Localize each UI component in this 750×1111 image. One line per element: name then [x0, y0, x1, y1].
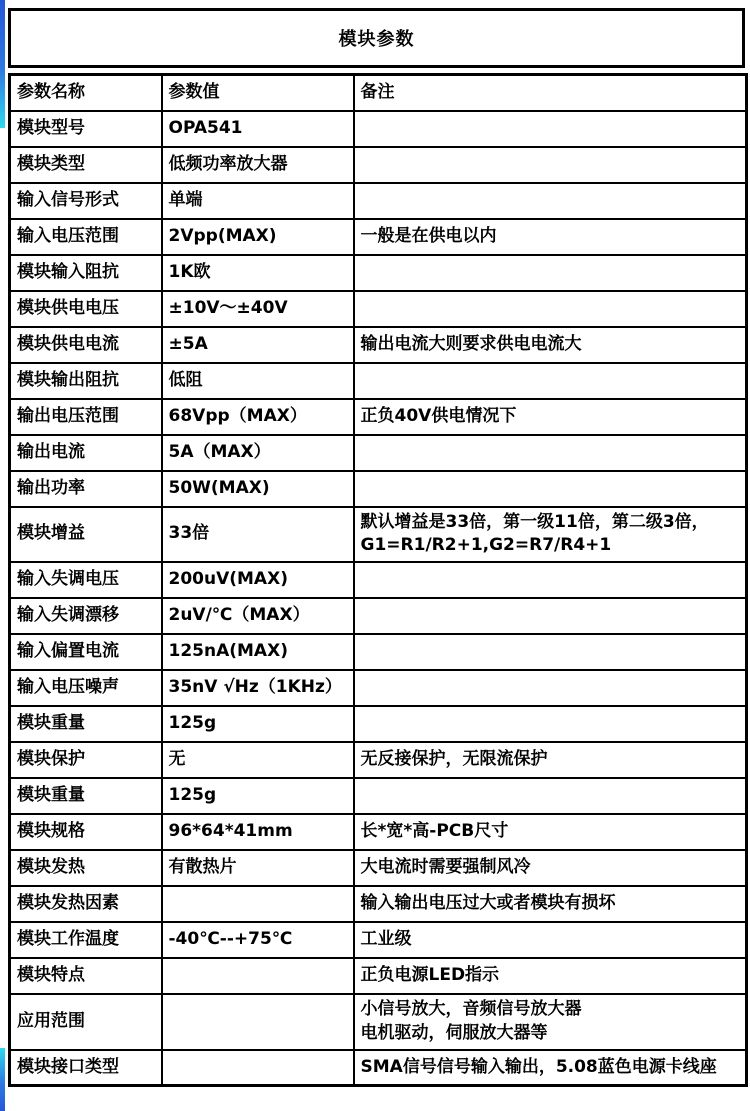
table-row: 输入失调电压 200uV(MAX) — [10, 562, 747, 598]
param-name-cell: 输入电压范围 — [10, 219, 162, 255]
param-value-cell: 33倍 — [162, 507, 354, 563]
table-row: 模块供电电压 ±10V～±40V — [10, 291, 747, 327]
param-note-cell — [354, 634, 747, 670]
param-name-cell: 模块供电电压 — [10, 291, 162, 327]
table-row: 模块保护 无 无反接保护，无限流保护 — [10, 742, 747, 778]
table-row: 模块类型 低频功率放大器 — [10, 147, 747, 183]
param-name-cell: 应用范围 — [10, 994, 162, 1050]
param-value-cell: 35nV √Hz（1KHz） — [162, 670, 354, 706]
param-name-cell: 模块重量 — [10, 778, 162, 814]
param-note-cell — [354, 435, 747, 471]
param-note-cell — [354, 111, 747, 147]
param-value-cell: 68Vpp（MAX） — [162, 399, 354, 435]
param-note-cell — [354, 562, 747, 598]
param-name-cell: 模块型号 — [10, 111, 162, 147]
param-note-cell: 一般是在供电以内 — [354, 219, 747, 255]
param-value-cell: 96*64*41mm — [162, 814, 354, 850]
param-value-cell: 200uV(MAX) — [162, 562, 354, 598]
table-row: 模块供电电流 ±5A 输出电流大则要求供电电流大 — [10, 327, 747, 363]
table-row: 模块增益 33倍 默认增益是33倍，第一级11倍，第二级3倍，G1=R1/R2+… — [10, 507, 747, 563]
table-body: 模块型号 OPA541 模块类型 低频功率放大器 输入信号形式 单端 — [10, 111, 747, 1086]
param-name-cell: 模块发热因素 — [10, 886, 162, 922]
param-name-cell: 输入失调电压 — [10, 562, 162, 598]
left-accent-stripe-top — [0, 0, 5, 128]
param-name-cell: 输入失调漂移 — [10, 598, 162, 634]
table-row: 模块输入阻抗 1K欧 — [10, 255, 747, 291]
param-note-cell — [354, 183, 747, 219]
param-value-cell: 5A（MAX） — [162, 435, 354, 471]
table-row: 模块输出阻抗 低阻 — [10, 363, 747, 399]
param-name-cell: 输出功率 — [10, 471, 162, 507]
param-note-cell — [354, 670, 747, 706]
param-value-cell: OPA541 — [162, 111, 354, 147]
page-title: 模块参数 — [339, 25, 415, 51]
header-cell-note: 备注 — [354, 75, 747, 111]
param-note-cell — [354, 778, 747, 814]
table-row: 输入信号形式 单端 — [10, 183, 747, 219]
param-value-cell: ±5A — [162, 327, 354, 363]
table-row: 输入电压噪声 35nV √Hz（1KHz） — [10, 670, 747, 706]
param-name-cell: 模块重量 — [10, 706, 162, 742]
param-value-cell — [162, 994, 354, 1050]
param-note-cell: 输入输出电压过大或者模块有损坏 — [354, 886, 747, 922]
param-value-cell: 2uV/℃（MAX） — [162, 598, 354, 634]
page: 模块参数 参数名称 参数值 备注 模块型号 OPA541 — [0, 0, 750, 1111]
param-name-cell: 模块输入阻抗 — [10, 255, 162, 291]
param-note-cell: 长*宽*高-PCB尺寸 — [354, 814, 747, 850]
param-note-cell: 大电流时需要强制风冷 — [354, 850, 747, 886]
param-note-cell: 正负40V供电情况下 — [354, 399, 747, 435]
header-cell-param-value: 参数值 — [162, 75, 354, 111]
table-row: 输出电流 5A（MAX） — [10, 435, 747, 471]
param-note-cell: 无反接保护，无限流保护 — [354, 742, 747, 778]
table-row: 输出电压范围 68Vpp（MAX） 正负40V供电情况下 — [10, 399, 747, 435]
param-note-cell: 默认增益是33倍，第一级11倍，第二级3倍，G1=R1/R2+1,G2=R7/R… — [354, 507, 747, 563]
param-value-cell: 125nA(MAX) — [162, 634, 354, 670]
table-row: 模块特点 正负电源LED指示 — [10, 958, 747, 994]
param-value-cell: 2Vpp(MAX) — [162, 219, 354, 255]
param-note-cell — [354, 147, 747, 183]
param-name-cell: 输出电压范围 — [10, 399, 162, 435]
param-value-cell — [162, 958, 354, 994]
table-row: 输入失调漂移 2uV/℃（MAX） — [10, 598, 747, 634]
param-name-cell: 模块工作温度 — [10, 922, 162, 958]
title-box: 模块参数 — [8, 8, 745, 68]
param-value-cell: 无 — [162, 742, 354, 778]
param-value-cell: 1K欧 — [162, 255, 354, 291]
param-note-cell — [354, 706, 747, 742]
left-accent-stripe-bottom — [0, 1048, 5, 1111]
param-name-cell: 模块类型 — [10, 147, 162, 183]
param-value-cell: 50W(MAX) — [162, 471, 354, 507]
param-value-cell — [162, 1050, 354, 1086]
table-row: 输入偏置电流 125nA(MAX) — [10, 634, 747, 670]
table-row: 模块重量 125g — [10, 706, 747, 742]
param-name-cell: 输入信号形式 — [10, 183, 162, 219]
table-row: 模块型号 OPA541 — [10, 111, 747, 147]
param-value-cell: -40℃--+75℃ — [162, 922, 354, 958]
table-row: 模块重量 125g — [10, 778, 747, 814]
param-value-cell: ±10V～±40V — [162, 291, 354, 327]
param-name-cell: 模块供电电流 — [10, 327, 162, 363]
table-row: 模块发热 有散热片 大电流时需要强制风冷 — [10, 850, 747, 886]
param-value-cell: 有散热片 — [162, 850, 354, 886]
table-row: 模块规格 96*64*41mm 长*宽*高-PCB尺寸 — [10, 814, 747, 850]
param-value-cell: 单端 — [162, 183, 354, 219]
param-name-cell: 模块特点 — [10, 958, 162, 994]
param-note-cell — [354, 291, 747, 327]
param-name-cell: 输入偏置电流 — [10, 634, 162, 670]
param-name-cell: 模块发热 — [10, 850, 162, 886]
param-note-cell: 工业级 — [354, 922, 747, 958]
table-row: 输出功率 50W(MAX) — [10, 471, 747, 507]
param-note-cell: 正负电源LED指示 — [354, 958, 747, 994]
param-note-cell: 小信号放大，音频信号放大器 电机驱动，伺服放大器等 — [354, 994, 747, 1050]
param-note-cell — [354, 598, 747, 634]
table-row: 模块工作温度 -40℃--+75℃ 工业级 — [10, 922, 747, 958]
param-note-cell — [354, 363, 747, 399]
param-value-cell: 低频功率放大器 — [162, 147, 354, 183]
table-row: 应用范围 小信号放大，音频信号放大器 电机驱动，伺服放大器等 — [10, 994, 747, 1050]
param-value-cell: 125g — [162, 778, 354, 814]
param-note-cell: 输出电流大则要求供电电流大 — [354, 327, 747, 363]
param-name-cell: 输入电压噪声 — [10, 670, 162, 706]
param-note-cell — [354, 255, 747, 291]
param-name-cell: 模块接口类型 — [10, 1050, 162, 1086]
table-row: 模块发热因素 输入输出电压过大或者模块有损坏 — [10, 886, 747, 922]
param-name-cell: 模块规格 — [10, 814, 162, 850]
param-note-cell — [354, 471, 747, 507]
param-note-cell: SMA信号信号输入输出，5.08蓝色电源卡线座 — [354, 1050, 747, 1086]
param-name-cell: 模块增益 — [10, 507, 162, 563]
param-name-cell: 输出电流 — [10, 435, 162, 471]
param-value-cell: 125g — [162, 706, 354, 742]
table-row: 输入电压范围 2Vpp(MAX) 一般是在供电以内 — [10, 219, 747, 255]
param-value-cell — [162, 886, 354, 922]
table-row: 模块接口类型 SMA信号信号输入输出，5.08蓝色电源卡线座 — [10, 1050, 747, 1086]
param-name-cell: 模块输出阻抗 — [10, 363, 162, 399]
parameters-table: 参数名称 参数值 备注 模块型号 OPA541 模块类型 低频功率放大器 — [8, 73, 748, 1087]
header-cell-param-name: 参数名称 — [10, 75, 162, 111]
table-header-row: 参数名称 参数值 备注 — [10, 75, 747, 111]
param-value-cell: 低阻 — [162, 363, 354, 399]
param-name-cell: 模块保护 — [10, 742, 162, 778]
